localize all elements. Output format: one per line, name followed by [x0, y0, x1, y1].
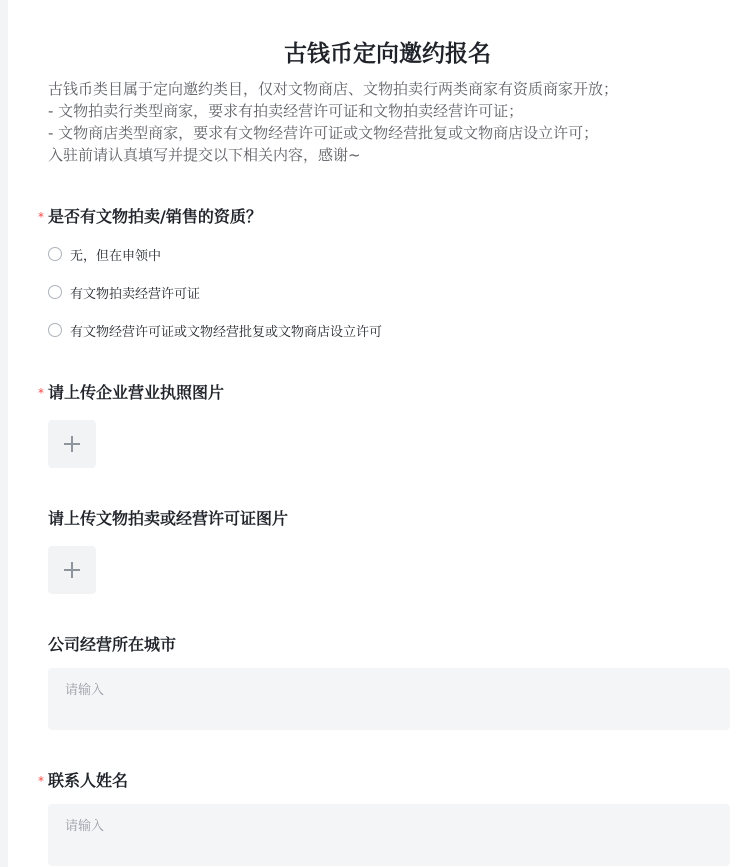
description-line: - 文物商店类型商家，要求有文物经营许可证或文物经营批复或文物商店设立许可； [48, 122, 738, 144]
question-contact-name-label: * 联系人姓名 [48, 769, 128, 793]
question-qualification-label: * 是否有文物拍卖/销售的资质？ [48, 205, 262, 229]
plus-icon [64, 562, 80, 578]
question-permit-image-label: 请上传文物拍卖或经营许可证图片 [48, 507, 288, 531]
radio-option-business-license[interactable]: 有文物经营许可证或文物经营批复或文物商店设立许可 [48, 320, 382, 340]
radio-circle-icon[interactable] [48, 247, 62, 261]
required-asterisk: * [38, 205, 44, 229]
page-title: 古钱币定向邀约报名 [0, 38, 745, 70]
city-input[interactable] [48, 668, 730, 730]
radio-option-applying[interactable]: 无，但在申领中 [48, 244, 161, 264]
contact-name-input[interactable] [48, 804, 730, 866]
description-line: - 文物拍卖行类型商家，要求有拍卖经营许可证和文物拍卖经营许可证； [48, 100, 738, 122]
upload-business-license-button[interactable] [48, 420, 96, 468]
question-city-label: 公司经营所在城市 [48, 633, 176, 657]
radio-option-auction-license[interactable]: 有文物拍卖经营许可证 [48, 282, 200, 302]
plus-icon [64, 436, 80, 452]
description-line: 古钱币类目属于定向邀约类目，仅对文物商店、文物拍卖行两类商家有资质商家开放； [48, 78, 738, 100]
question-business-license-label: * 请上传企业营业执照图片 [48, 381, 224, 405]
form-description: 古钱币类目属于定向邀约类目，仅对文物商店、文物拍卖行两类商家有资质商家开放； -… [48, 78, 738, 166]
radio-circle-icon[interactable] [48, 285, 62, 299]
required-asterisk: * [38, 381, 44, 405]
description-line: 入驻前请认真填写并提交以下相关内容，感谢~ [48, 144, 738, 166]
upload-permit-image-button[interactable] [48, 546, 96, 594]
radio-circle-icon[interactable] [48, 323, 62, 337]
required-asterisk: * [38, 769, 44, 793]
left-gutter [0, 0, 8, 867]
